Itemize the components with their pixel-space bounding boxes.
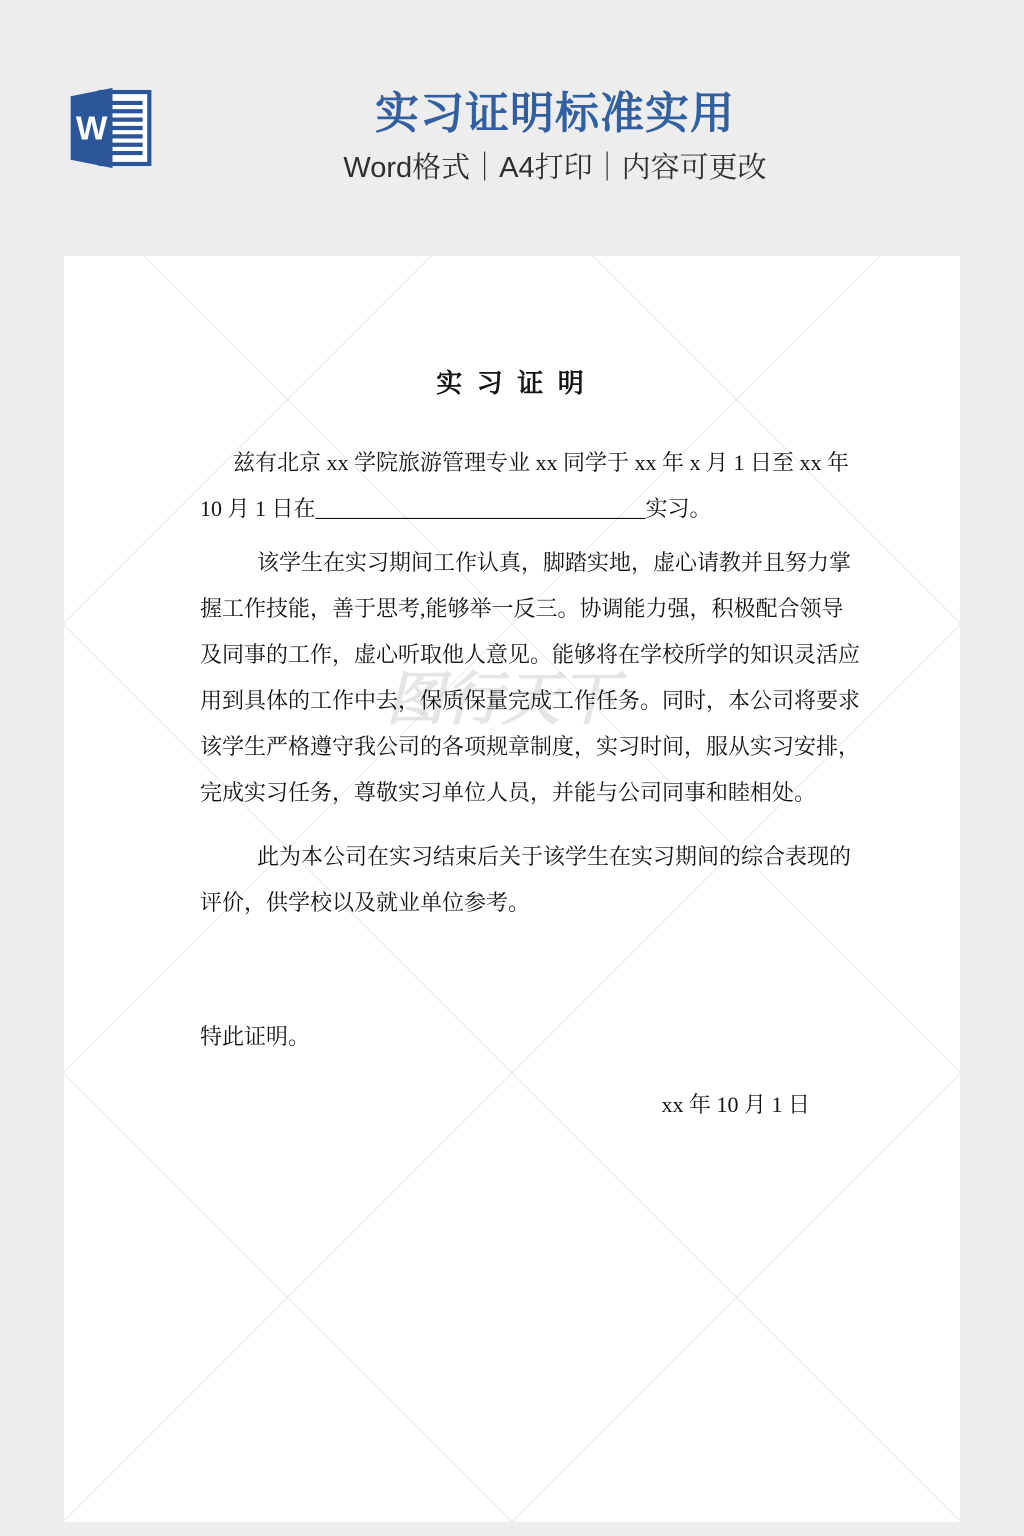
text-line: 兹有北京 xx 学院旅游管理专业 xx 同学于 xx 年 x 月 1 日至 xx… [200, 440, 824, 486]
text-line: 完成实习任务，尊敬实习单位人员，并能与公司同事和睦相处。 [200, 770, 824, 816]
text-line: 用到具体的工作中去，保质保量完成工作任务。同时，本公司将要求 [200, 678, 824, 724]
paragraph-intro: 兹有北京 xx 学院旅游管理专业 xx 同学于 xx 年 x 月 1 日至 xx… [200, 440, 824, 532]
template-title: 实习证明标准实用 [86, 90, 1024, 138]
closing-statement: 特此证明。 [200, 1014, 824, 1060]
document-page: 图行天下 实 习 证 明 兹有北京 xx 学院旅游管理专业 xx 同学于 xx … [64, 256, 960, 1522]
word-icon: W [64, 86, 156, 170]
document-title: 实 习 证 明 [200, 368, 824, 400]
text-line: 该学生在实习期间工作认真，脚踏实地，虚心请教并且努力掌 [200, 540, 824, 586]
text-line-with-blank: 10 月 1 日在______________________________实… [200, 486, 824, 532]
text-line: 评价，供学校以及就业单位参考。 [200, 880, 824, 926]
text-line: 握工作技能，善于思考,能够举一反三。协调能力强，积极配合领导 [200, 586, 824, 632]
template-header: W 实习证明标准实用 Word格式｜A4打印｜内容可更改 [0, 0, 1024, 256]
paragraph-evaluation: 该学生在实习期间工作认真，脚踏实地，虚心请教并且努力掌 握工作技能，善于思考,能… [200, 540, 824, 816]
template-subtitle: Word格式｜A4打印｜内容可更改 [86, 152, 1024, 184]
text-line: 及同事的工作，虚心听取他人意见。能够将在学校所学的知识灵活应 [200, 632, 824, 678]
date-line: xx 年 10 月 1 日 [200, 1082, 824, 1128]
document-content: 实 习 证 明 兹有北京 xx 学院旅游管理专业 xx 同学于 xx 年 x 月… [64, 256, 960, 1128]
paragraph-purpose: 此为本公司在实习结束后关于该学生在实习期间的综合表现的 评价，供学校以及就业单位… [200, 834, 824, 926]
text-line: 该学生严格遵守我公司的各项规章制度，实习时间，服从实习安排， [200, 724, 824, 770]
svg-text:W: W [76, 111, 108, 148]
text-line: 此为本公司在实习结束后关于该学生在实习期间的综合表现的 [200, 834, 824, 880]
